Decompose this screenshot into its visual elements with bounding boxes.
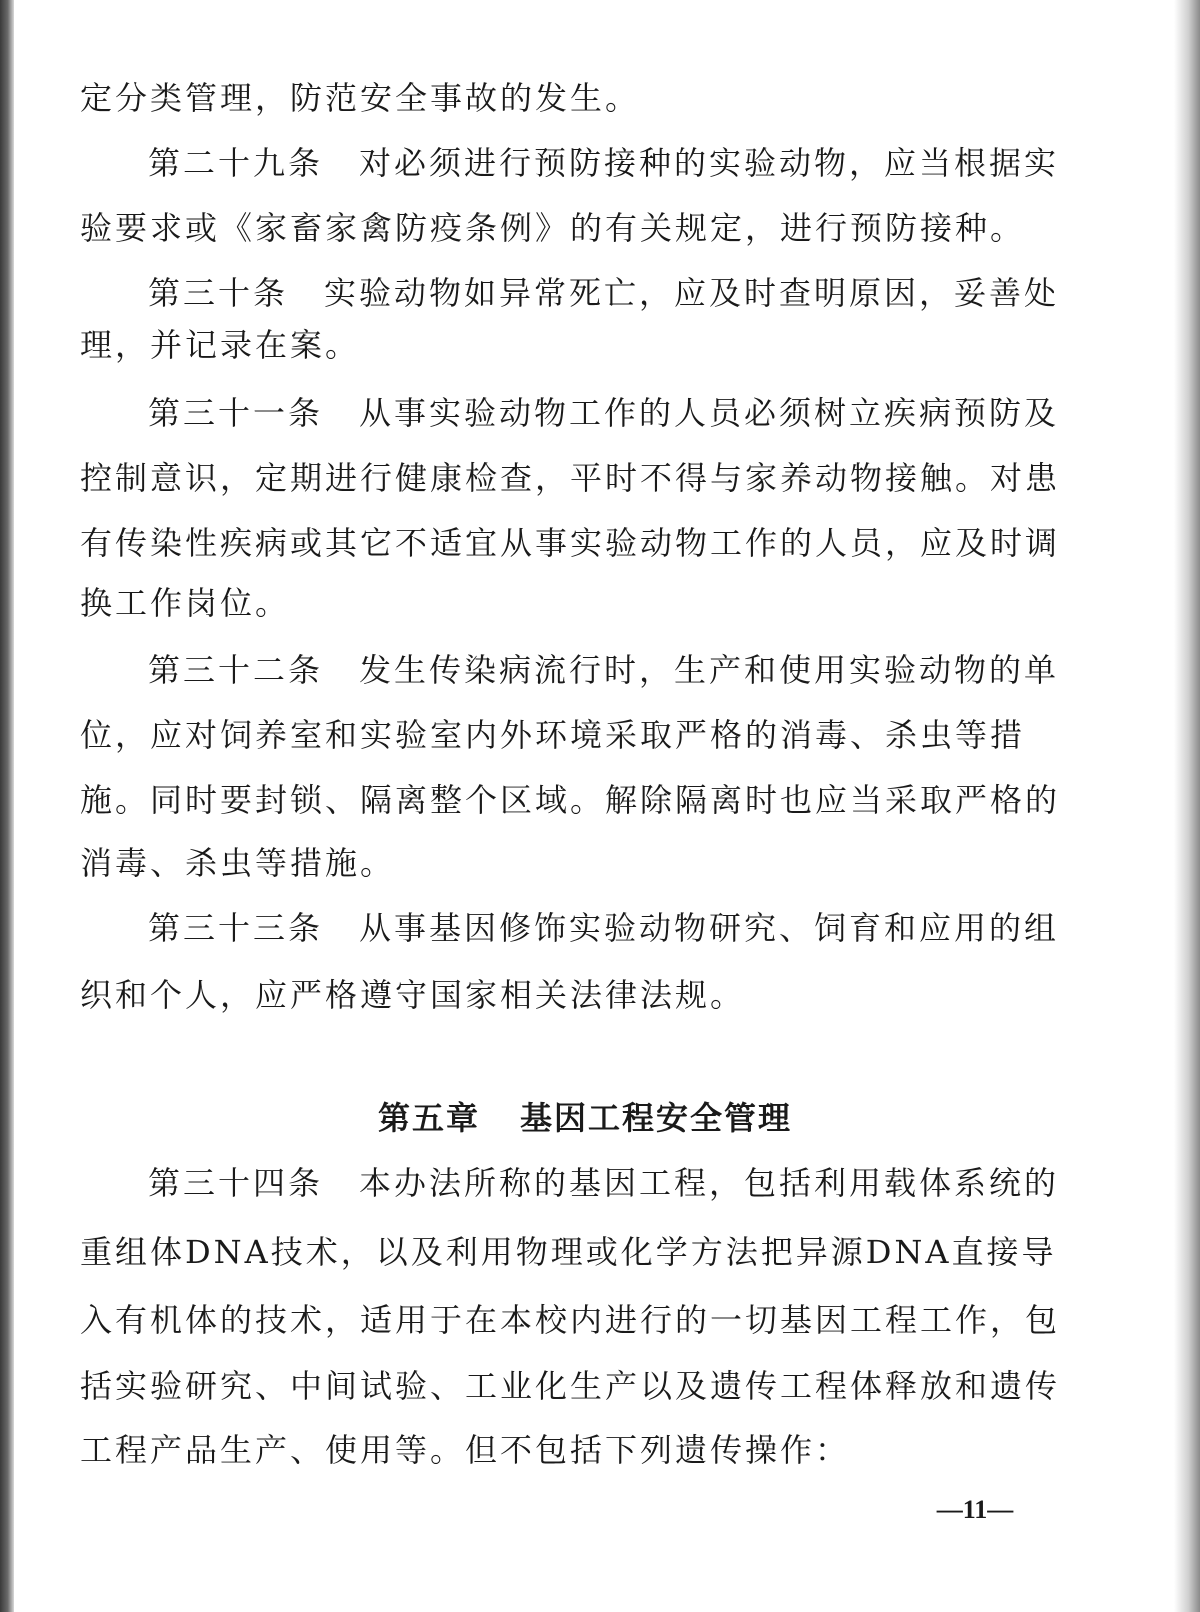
paragraph-line: 有传染性疾病或其它不适宜从事实验动物工作的人员，应及时调 bbox=[80, 523, 1050, 563]
document-page: 定分类管理，防范安全事故的发生。 第二十九条对必须进行预防接种的实验动物，应当根… bbox=[0, 0, 1200, 1612]
paragraph-line: 括实验研究、中间试验、工业化生产以及遗传工程体释放和遗传 bbox=[80, 1366, 1050, 1406]
article-30: 第三十条实验动物如异常死亡，应及时查明原因，妥善处 bbox=[148, 273, 1118, 313]
article-text: 本办法所称的基因工程，包括利用载体系统的 bbox=[359, 1164, 1059, 1202]
article-text: 从事基因修饰实验动物研究、饲育和应用的组 bbox=[359, 909, 1059, 947]
article-text: 发生传染病流行时，生产和使用实验动物的单 bbox=[359, 651, 1059, 689]
paragraph-line: 重组体DNA技术，以及利用物理或化学方法把异源DNA直接导 bbox=[80, 1232, 1050, 1272]
article-number: 第三十条 bbox=[148, 274, 288, 312]
paragraph-line: 位，应对饲养室和实验室内外环境采取严格的消毒、杀虫等措 bbox=[80, 715, 1050, 755]
paragraph-line: 控制意识，定期进行健康检查，平时不得与家养动物接触。对患 bbox=[80, 458, 1050, 498]
page-number: —11— bbox=[930, 1494, 1020, 1526]
article-text: 实验动物如异常死亡，应及时查明原因，妥善处 bbox=[324, 274, 1059, 312]
chapter-heading: 第五章基因工程安全管理 bbox=[0, 1098, 1170, 1138]
paragraph-line: 消毒、杀虫等措施。 bbox=[80, 843, 1050, 883]
article-31: 第三十一条从事实验动物工作的人员必须树立疾病预防及 bbox=[148, 393, 1118, 433]
paragraph-line: 施。同时要封锁、隔离整个区域。解除隔离时也应当采取严格的 bbox=[80, 780, 1050, 820]
paragraph-line: 织和个人，应严格遵守国家相关法律法规。 bbox=[80, 975, 1050, 1015]
article-number: 第三十三条 bbox=[148, 909, 323, 947]
article-text: 对必须进行预防接种的实验动物，应当根据实 bbox=[359, 144, 1059, 182]
article-number: 第三十二条 bbox=[148, 651, 323, 689]
article-32: 第三十二条发生传染病流行时，生产和使用实验动物的单 bbox=[148, 650, 1118, 690]
article-number: 第三十四条 bbox=[148, 1164, 323, 1202]
paragraph-line: 理，并记录在案。 bbox=[80, 325, 1050, 365]
paragraph-line: 入有机体的技术，适用于在本校内进行的一切基因工程工作，包 bbox=[80, 1300, 1050, 1340]
article-number: 第二十九条 bbox=[148, 144, 323, 182]
paragraph-line: 工程产品生产、使用等。但不包括下列遗传操作： bbox=[80, 1430, 1050, 1470]
article-number: 第三十一条 bbox=[148, 394, 323, 432]
chapter-number: 第五章 bbox=[378, 1099, 480, 1137]
article-text: 从事实验动物工作的人员必须树立疾病预防及 bbox=[359, 394, 1059, 432]
article-34: 第三十四条本办法所称的基因工程，包括利用载体系统的 bbox=[148, 1163, 1118, 1203]
paragraph-line: 验要求或《家畜家禽防疫条例》的有关规定，进行预防接种。 bbox=[80, 208, 1050, 248]
article-33: 第三十三条从事基因修饰实验动物研究、饲育和应用的组 bbox=[148, 908, 1118, 948]
paragraph-line: 换工作岗位。 bbox=[80, 583, 1050, 623]
article-29: 第二十九条对必须进行预防接种的实验动物，应当根据实 bbox=[148, 143, 1118, 183]
chapter-title: 基因工程安全管理 bbox=[520, 1099, 792, 1137]
paragraph-line: 定分类管理，防范安全事故的发生。 bbox=[80, 78, 1050, 118]
